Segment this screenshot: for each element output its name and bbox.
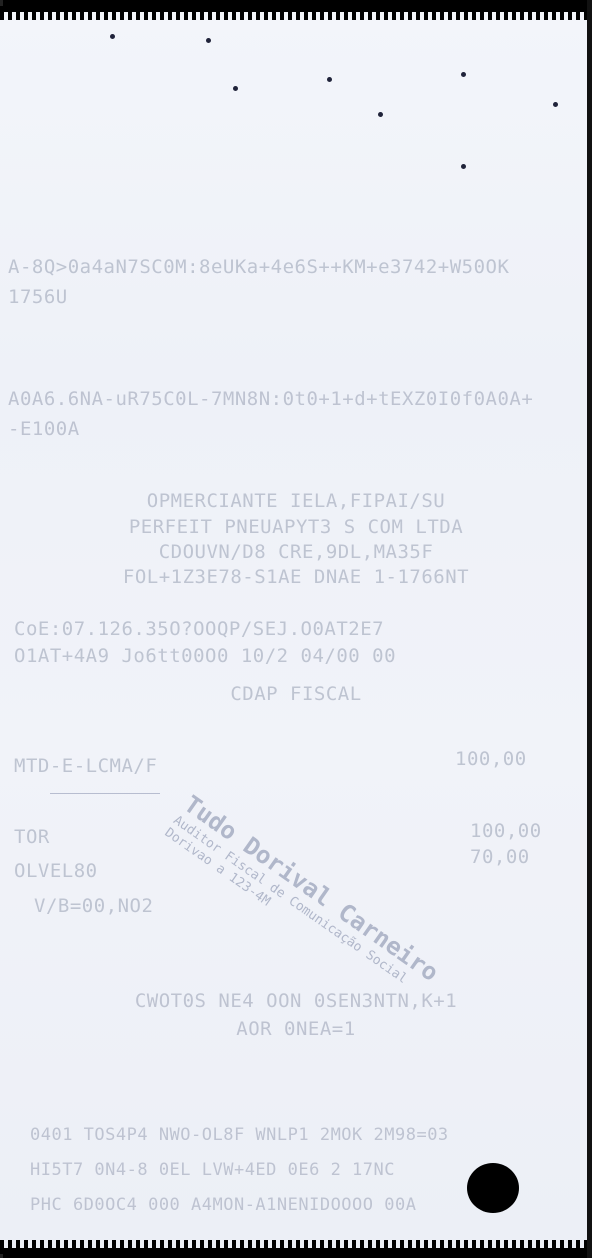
receipt-line: A-8Q>0a4aN7SC0M:8eUKa+4e6S++KM+e3742+W50… bbox=[8, 256, 509, 278]
total-value: 100,00 bbox=[470, 820, 542, 842]
ink-speck bbox=[553, 102, 558, 107]
punch-hole bbox=[467, 1163, 519, 1213]
ink-speck bbox=[110, 34, 115, 39]
merchant-address-2: FOL+1Z3E78-S1AE DNAE 1-1766NT bbox=[0, 566, 592, 588]
footer-line: HI5T7 0N4-8 0EL LVW+4ED 0E6 2 17NC bbox=[30, 1160, 395, 1180]
ink-speck bbox=[461, 164, 466, 169]
receipt-line: -E100A bbox=[8, 418, 80, 440]
item-value: 100,00 bbox=[455, 748, 527, 770]
footer-line: 0401 TOS4P4 NWO-OL8F WNLP1 2MOK 2M98=03 bbox=[30, 1125, 449, 1145]
footer-message-2: AOR 0NEA=1 bbox=[0, 1018, 592, 1040]
change-line: V/B=00,NO2 bbox=[34, 895, 153, 917]
merchant-address: CDOUVN/D8 CRE,9DL,MA35F bbox=[0, 541, 592, 563]
ink-speck bbox=[461, 72, 466, 77]
ink-speck bbox=[327, 77, 332, 82]
ink-speck bbox=[206, 38, 211, 43]
divider bbox=[50, 793, 160, 794]
payment-label: OLVEL80 bbox=[14, 860, 98, 882]
receipt-datetime-line: O1AT+4A9 Jo6tt00O0 10/2 04/00 00 bbox=[14, 645, 396, 667]
total-label: TOR bbox=[14, 826, 50, 848]
item-label: MTD-E-LCMA/F bbox=[14, 755, 157, 777]
payment-value: 70,00 bbox=[470, 846, 530, 868]
scan-edge-right bbox=[587, 0, 592, 1258]
footer-line: PHC 6D0OC4 000 A4MON-A1NENIDOOOO 00A bbox=[30, 1195, 416, 1215]
footer-message: CWOT0S NE4 OON 0SEN3NTN,K+1 bbox=[0, 990, 592, 1012]
ink-speck bbox=[378, 112, 383, 117]
ink-speck bbox=[233, 86, 238, 91]
perforated-edge-bottom bbox=[0, 1240, 592, 1254]
merchant-company: PERFEIT PNEUAPYT3 S COM LTDA bbox=[0, 516, 592, 538]
receipt-line: 1756U bbox=[8, 286, 68, 308]
receipt-section-title: CDAP FISCAL bbox=[0, 683, 592, 705]
receipt-line: A0A6.6NA-uR75C0L-7MN8N:0t0+1+d+tEXZ0I0f0… bbox=[8, 388, 533, 410]
receipt-cnpj-line: CoE:07.126.35O?OOQP/SEJ.O0AT2E7 bbox=[14, 618, 384, 640]
merchant-name: OPMERCIANTE IELA,FIPAI/SU bbox=[0, 490, 592, 512]
perforated-edge-top bbox=[0, 6, 592, 20]
